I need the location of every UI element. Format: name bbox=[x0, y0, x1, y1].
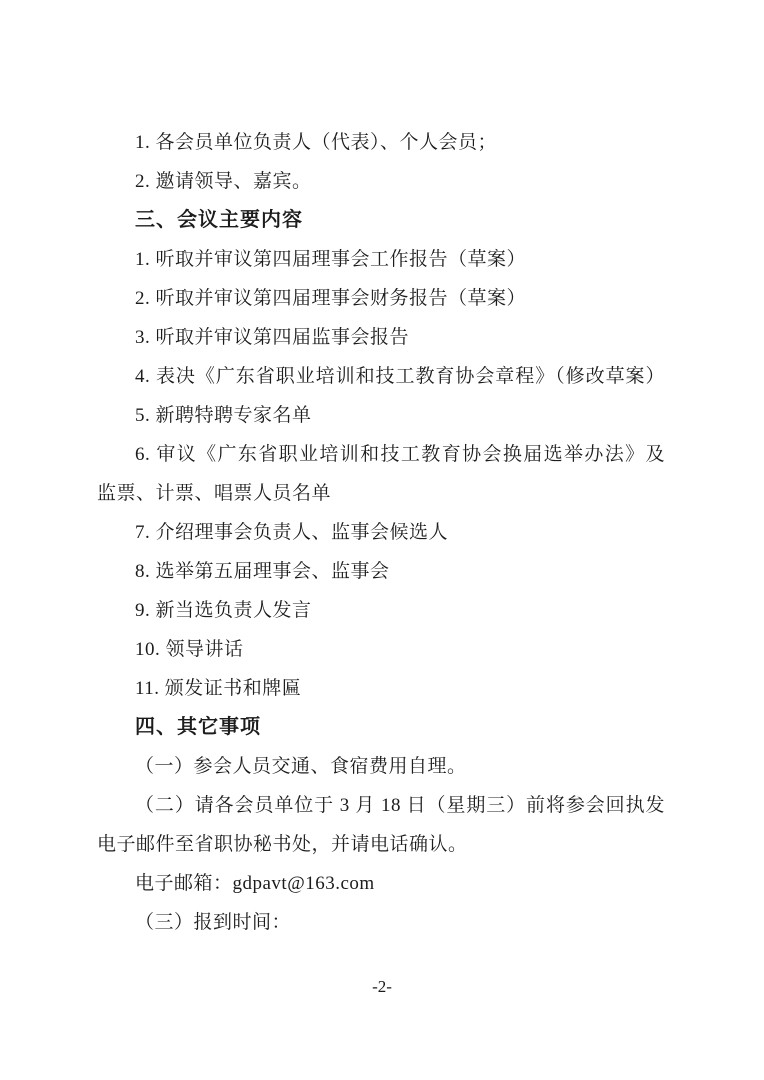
agenda-item-3: 3. 听取并审议第四届监事会报告 bbox=[97, 318, 665, 357]
other-item-3: （三）报到时间： bbox=[97, 903, 665, 942]
document-body: 1. 各会员单位负责人（代表）、个人会员； 2. 邀请领导、嘉宾。 三、会议主要… bbox=[97, 123, 665, 942]
email-line: 电子邮箱：gdpavt@163.com bbox=[97, 864, 665, 903]
agenda-item-8: 8. 选举第五届理事会、监事会 bbox=[97, 552, 665, 591]
section-heading-4: 四、其它事项 bbox=[97, 708, 665, 747]
attendee-item-1: 1. 各会员单位负责人（代表）、个人会员； bbox=[97, 123, 665, 162]
section-heading-3: 三、会议主要内容 bbox=[97, 201, 665, 240]
page-number: -2- bbox=[0, 972, 764, 1002]
agenda-item-5: 5. 新聘特聘专家名单 bbox=[97, 396, 665, 435]
agenda-item-6: 6. 审议《广东省职业培训和技工教育协会换届选举办法》及 bbox=[97, 435, 665, 474]
agenda-item-6-continuation: 监票、计票、唱票人员名单 bbox=[97, 474, 665, 513]
agenda-item-4: 4. 表决《广东省职业培训和技工教育协会章程》（修改草案） bbox=[97, 357, 665, 396]
agenda-item-1: 1. 听取并审议第四届理事会工作报告（草案） bbox=[97, 240, 665, 279]
other-item-2-continuation: 电子邮件至省职协秘书处，并请电话确认。 bbox=[97, 825, 665, 864]
agenda-item-9: 9. 新当选负责人发言 bbox=[97, 591, 665, 630]
agenda-item-2: 2. 听取并审议第四届理事会财务报告（草案） bbox=[97, 279, 665, 318]
other-item-1: （一）参会人员交通、食宿费用自理。 bbox=[97, 747, 665, 786]
agenda-item-11: 11. 颁发证书和牌匾 bbox=[97, 669, 665, 708]
document-page: 1. 各会员单位负责人（代表）、个人会员； 2. 邀请领导、嘉宾。 三、会议主要… bbox=[0, 0, 764, 1080]
other-item-2: （二）请各会员单位于 3 月 18 日（星期三）前将参会回执发 bbox=[97, 786, 665, 825]
agenda-item-7: 7. 介绍理事会负责人、监事会候选人 bbox=[97, 513, 665, 552]
agenda-item-10: 10. 领导讲话 bbox=[97, 630, 665, 669]
attendee-item-2: 2. 邀请领导、嘉宾。 bbox=[97, 162, 665, 201]
